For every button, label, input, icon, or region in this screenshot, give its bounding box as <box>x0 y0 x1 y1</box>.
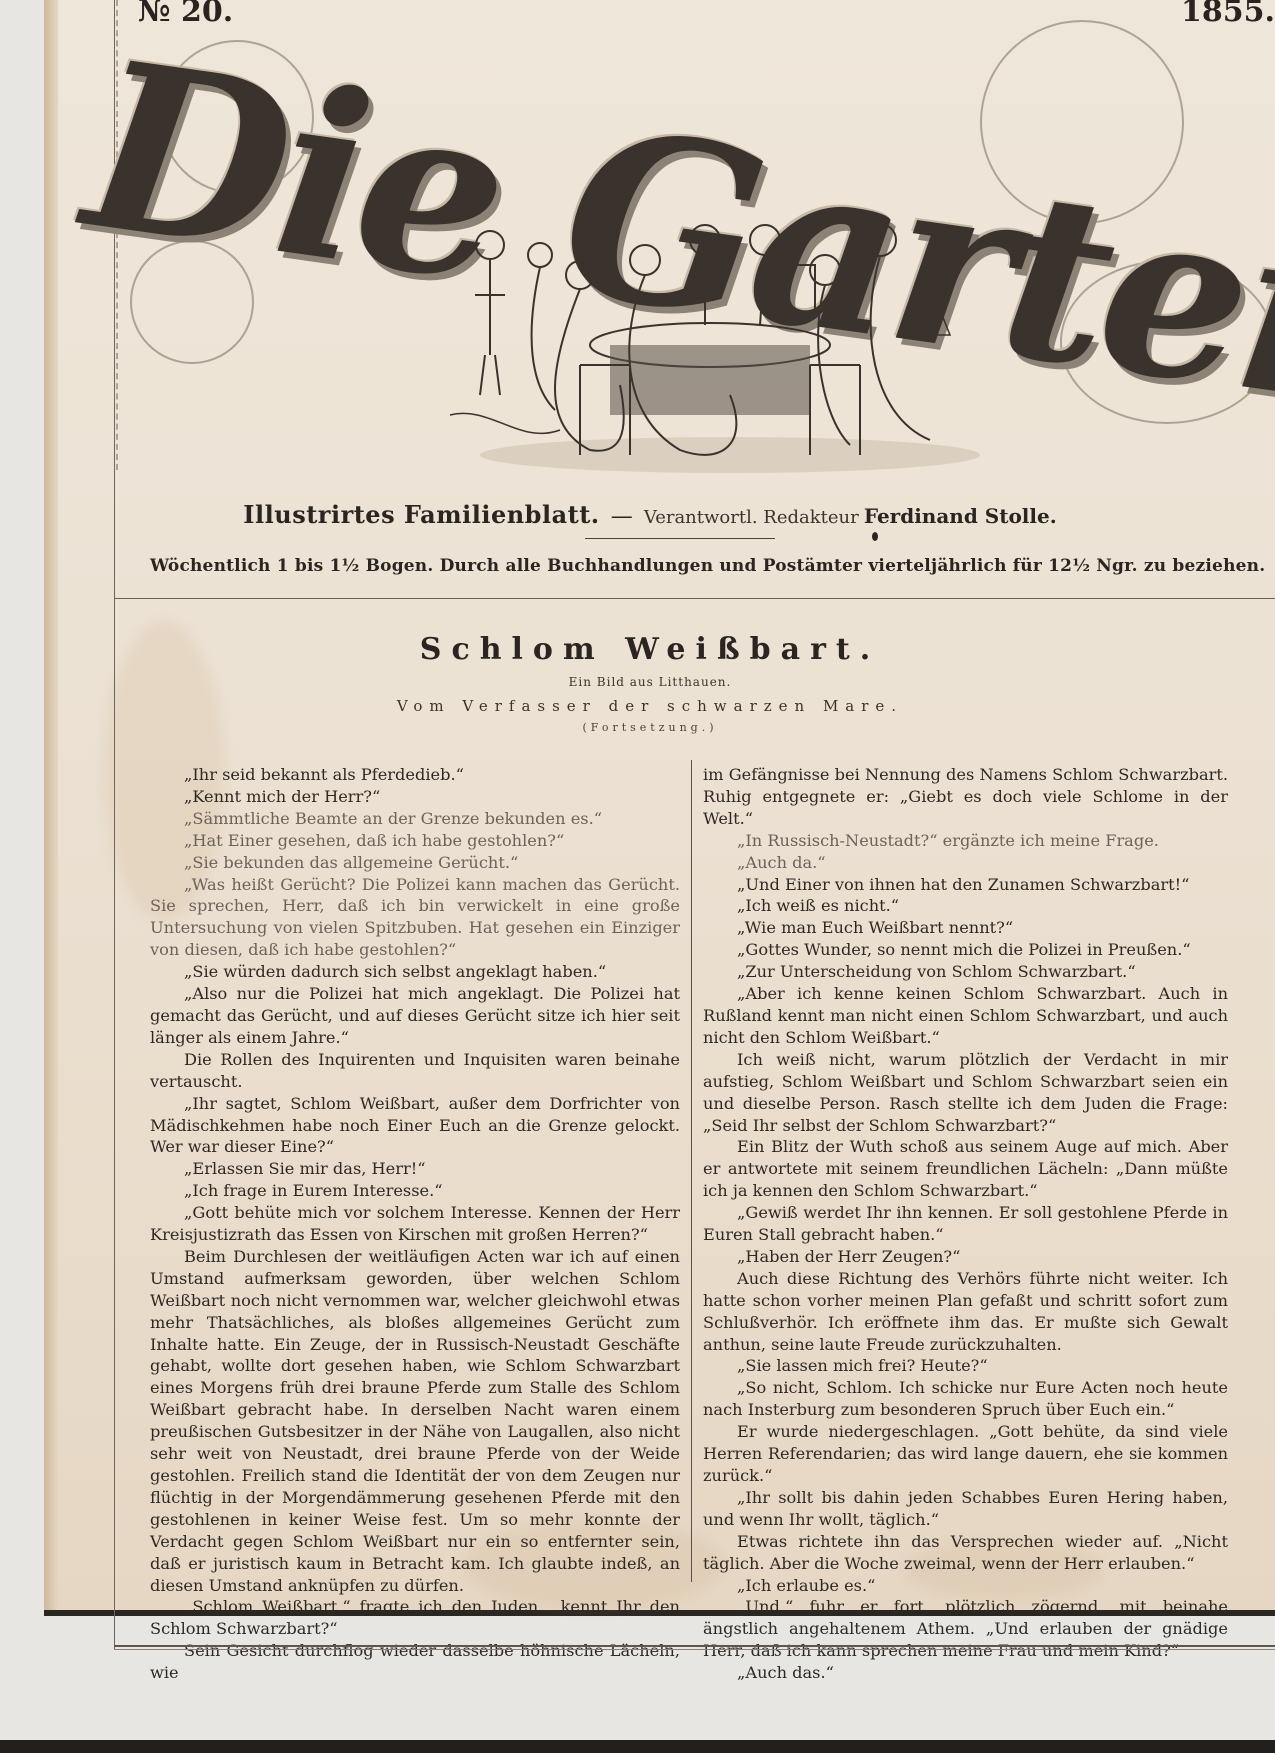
article-body: „Ihr seid bekannt als Pferdedieb.“ „Kenn… <box>150 764 1275 1594</box>
paragraph: „Ihr seid bekannt als Pferdedieb.“ <box>150 764 680 786</box>
masthead-illustration <box>430 185 990 475</box>
paragraph: „Ihr sollt bis dahin jeden Schabbes Eure… <box>703 1487 1228 1531</box>
paragraph: „Kennt mich der Herr?“ <box>150 786 680 808</box>
paragraph: „Ich weiß es nicht.“ <box>703 895 1228 917</box>
header-divider <box>114 598 1275 599</box>
article-header: Schlom Weißbart. Ein Bild aus Litthauen.… <box>150 632 1150 734</box>
scanner-edge <box>0 1740 1275 1753</box>
masthead-subtitle: Illustrirtes Familienblatt. — Verantwort… <box>150 500 1150 529</box>
subscription-info: Wöchentlich 1 bis 1½ Bogen. Durch alle B… <box>150 556 1250 576</box>
article-kicker: Ein Bild aus Litthauen. <box>150 675 1150 689</box>
paragraph: „Und,“ fuhr er fort, plötzlich zögernd, … <box>703 1596 1228 1662</box>
column-divider <box>691 760 692 1582</box>
paragraph: im Gefängnisse bei Nennung des Namens Sc… <box>703 764 1228 830</box>
paragraph: „Schlom Weißbart,“ fragte ich den Juden,… <box>150 1596 680 1640</box>
left-column: „Ihr seid bekannt als Pferdedieb.“ „Kenn… <box>150 764 680 1684</box>
paragraph: „Auch das.“ <box>703 1662 1228 1684</box>
paragraph: „Ich frage in Eurem Interesse.“ <box>150 1180 680 1202</box>
article-title: Schlom Weißbart. <box>150 632 1150 667</box>
paragraph: „Sämmtliche Beamte an der Grenze bekunde… <box>150 808 680 830</box>
paragraph: „In Russisch-Neustadt?“ ergänzte ich mei… <box>703 830 1228 852</box>
paragraph: Ein Blitz der Wuth schoß aus seinem Auge… <box>703 1136 1228 1202</box>
footer-rule <box>114 1645 1275 1647</box>
article-continuation: (Fortsetzung.) <box>150 721 1150 734</box>
footer-rule-thin <box>114 1649 1275 1650</box>
paragraph: „Was heißt Gerücht? Die Polizei kann mac… <box>150 874 680 962</box>
paragraph: „Auch da.“ <box>703 852 1228 874</box>
paragraph: Etwas richtete ihn das Versprechen wiede… <box>703 1531 1228 1575</box>
paragraph: „Hat Einer gesehen, daß ich habe gestohl… <box>150 830 680 852</box>
paragraph: „Aber ich kenne keinen Schlom Schwarzbar… <box>703 983 1228 1049</box>
paragraph: „Gewiß werdet Ihr ihn kennen. Er soll ge… <box>703 1202 1228 1246</box>
editor-name: Ferdinand Stolle. <box>864 504 1057 528</box>
paragraph: „Und Einer von ihnen hat den Zunamen Sch… <box>703 874 1228 896</box>
paragraph: „Zur Unterscheidung von Schlom Schwarzba… <box>703 961 1228 983</box>
paragraph: Die Rollen des Inquirenten und Inquisite… <box>150 1049 680 1093</box>
ink-dot <box>872 532 878 541</box>
article-byline: Vom Verfasser der schwarzen Mare. <box>150 697 1150 715</box>
issue-year: 1855. <box>1181 0 1275 29</box>
right-column: im Gefängnisse bei Nennung des Namens Sc… <box>703 764 1228 1684</box>
paragraph: „Also nur die Polizei hat mich angeklagt… <box>150 983 680 1049</box>
paragraph: „Haben der Herr Zeugen?“ <box>703 1246 1228 1268</box>
paragraph: „Gottes Wunder, so nennt mich die Polize… <box>703 939 1228 961</box>
paragraph: „Gott behüte mich vor solchem Interesse.… <box>150 1202 680 1246</box>
paragraph: „Sie bekunden das allgemeine Gerücht.“ <box>150 852 680 874</box>
paragraph: „Ihr sagtet, Schlom Weißbart, außer dem … <box>150 1093 680 1159</box>
paragraph: „Erlassen Sie mir das, Herr!“ <box>150 1158 680 1180</box>
divider <box>585 538 775 539</box>
paragraph: „Sie lassen mich frei? Heute?“ <box>703 1355 1228 1377</box>
paragraph: „Ich erlaube es.“ <box>703 1575 1228 1597</box>
paragraph: „Wie man Euch Weißbart nennt?“ <box>703 917 1228 939</box>
paragraph: „So nicht, Schlom. Ich schicke nur Eure … <box>703 1377 1228 1421</box>
masthead: № 20. 1855. Die Gartenlaube <box>100 0 1275 490</box>
paragraph: „Sie würden dadurch sich selbst angeklag… <box>150 961 680 983</box>
paragraph: Beim Durchlesen der weitläufigen Acten w… <box>150 1246 680 1597</box>
responsible-label: Verantwortl. Redakteur <box>644 507 859 528</box>
family-table-engraving-icon <box>430 185 990 475</box>
paragraph: Ich weiß nicht, warum plötzlich der Verd… <box>703 1049 1228 1137</box>
paragraph: Er wurde niedergeschlagen. „Gott behüte,… <box>703 1421 1228 1487</box>
subtitle-separator: — <box>611 504 633 529</box>
paragraph: Auch diese Richtung des Verhörs führte n… <box>703 1268 1228 1356</box>
publication-tagline: Illustrirtes Familienblatt. <box>243 500 599 529</box>
